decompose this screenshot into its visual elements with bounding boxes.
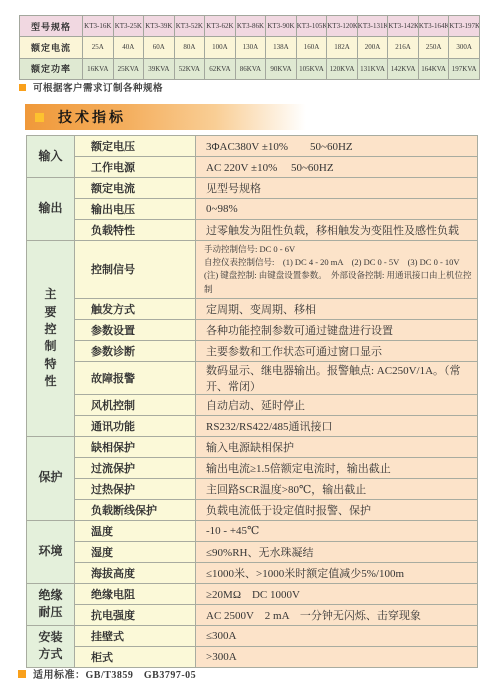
spec-value-cell: 定周期、变周期、移相 [196,298,478,319]
model-value-cell: 300A [449,37,480,58]
custom-order-note-text: 可根据客户需求订制各种规格 [33,80,163,94]
spec-value-cell: 0~98% [196,199,478,220]
model-value-cell: 90KVA [266,58,297,79]
model-value-cell: 80A [174,37,205,58]
spec-param-cell: 参数设置 [75,319,196,340]
model-table-row: 额定功率16KVA25KVA39KVA52KVA62KVA86KVA90KVA1… [20,58,480,79]
spec-param-cell: 通讯功能 [75,415,196,436]
spec-table-row: 抗电强度AC 2500V 2 mA 一分钟无闪烁、击穿现象 [27,604,478,625]
model-row-label-cell: 额定电流 [20,37,83,58]
model-value-cell: KT3-120K [327,16,358,37]
model-value-cell: 25A [83,37,114,58]
spec-param-cell: 参数诊断 [75,340,196,361]
spec-value-cell: 负载电流低于设定值时报警、保护 [196,499,478,520]
model-value-cell: KT3-39K [144,16,175,37]
spec-table-row: 保护缺相保护输入电源缺相保护 [27,436,478,457]
model-value-cell: 164KVA [418,58,449,79]
spec-param-cell: 缺相保护 [75,436,196,457]
square-bullet-icon [18,670,26,678]
spec-value-cell: 数码显示、继电器输出。报警触点: AC250V/1A。（常开、常闭） [196,361,478,394]
spec-table-row: 输出电压0~98% [27,199,478,220]
model-value-cell: 100A [205,37,236,58]
spec-table-row: 过流保护输出电流≥1.5倍额定电流时，输出截止 [27,457,478,478]
spec-param-cell: 控制信号 [75,241,196,299]
model-value-cell: 120KVA [327,58,358,79]
spec-table-row: 负载特性过零触发为阻性负载，移相触发为变阻性及感性负载 [27,220,478,241]
model-value-cell: 250A [418,37,449,58]
model-value-cell: 142KVA [388,58,419,79]
model-value-cell: 138A [266,37,297,58]
spec-group-cell: 绝缘 耐压 [27,583,75,625]
spec-table-row: 参数设置各种功能控制参数可通过键盘进行设置 [27,319,478,340]
spec-group-cell: 保护 [27,436,75,520]
square-bullet-icon [35,113,44,122]
custom-order-note: 可根据客户需求订制各种规格 [19,80,163,94]
spec-table-row: 环境温度-10 - +45℃ [27,520,478,541]
spec-table-row: 故障报警数码显示、继电器输出。报警触点: AC250V/1A。（常开、常闭） [27,361,478,394]
spec-group-cell: 环境 [27,520,75,583]
model-value-cell: 130A [235,37,266,58]
spec-param-cell: 负载断线保护 [75,499,196,520]
model-value-cell: KT3-164K [418,16,449,37]
model-value-cell: 60A [144,37,175,58]
spec-value-cell: 手动控制信号: DC 0 - 6V 自控仪表控制信号: (1) DC 4 - 2… [196,241,478,299]
model-value-cell: 182A [327,37,358,58]
spec-param-cell: 额定电压 [75,136,196,157]
model-value-cell: KT3-197K [449,16,480,37]
spec-param-cell: 挂壁式 [75,625,196,646]
model-value-cell: 62KVA [205,58,236,79]
model-value-cell: 16KVA [83,58,114,79]
spec-param-cell: 触发方式 [75,298,196,319]
spec-value-cell: ≤1000米、>1000米时额定值减少5%/100m [196,562,478,583]
model-value-cell: KT3-90K [266,16,297,37]
spec-value-cell: 主要参数和工作状态可通过窗口显示 [196,340,478,361]
model-value-cell: KT3-52K [174,16,205,37]
spec-table-row: 湿度≤90%RH、无水珠凝结 [27,541,478,562]
spec-value-cell: 3ΦAC380V ±10% 50~60HZ [196,136,478,157]
spec-table-row: 主 要 控 制 特 性控制信号手动控制信号: DC 0 - 6V 自控仪表控制信… [27,241,478,299]
spec-param-cell: 负载特性 [75,220,196,241]
spec-param-cell: 温度 [75,520,196,541]
spec-table-row: 输出额定电流见型号规格 [27,178,478,199]
spec-table-row: 风机控制自动启动、延时停止 [27,394,478,415]
model-value-cell: 52KVA [174,58,205,79]
section-title: 技术指标 [58,107,126,127]
spec-table-row: 输入额定电压3ΦAC380V ±10% 50~60HZ [27,136,478,157]
spec-table-row: 触发方式定周期、变周期、移相 [27,298,478,319]
spec-table-row: 海拔高度≤1000米、>1000米时额定值减少5%/100m [27,562,478,583]
model-value-cell: KT3-131K [357,16,388,37]
model-value-cell: 216A [388,37,419,58]
spec-group-cell: 安装 方式 [27,625,75,667]
standards-note: 适用标准：GB/T3859 GB3797-05 [18,666,196,681]
spec-param-cell: 湿度 [75,541,196,562]
spec-param-cell: 额定电流 [75,178,196,199]
spec-param-cell: 海拔高度 [75,562,196,583]
spec-group-cell: 输入 [27,136,75,178]
standards-note-text: 适用标准：GB/T3859 GB3797-05 [33,666,196,681]
section-header-banner: 技术指标 [25,104,478,130]
spec-value-cell: 过零触发为阻性负载，移相触发为变阻性及感性负载 [196,220,478,241]
model-value-cell: KT3-86K [235,16,266,37]
spec-table-row: 绝缘 耐压绝缘电阻≥20MΩ DC 1000V [27,583,478,604]
model-value-cell: KT3-25K [113,16,144,37]
model-value-cell: 200A [357,37,388,58]
spec-value-cell: 各种功能控制参数可通过键盘进行设置 [196,319,478,340]
square-bullet-icon [19,84,26,91]
spec-value-cell: 输出电流≥1.5倍额定电流时，输出截止 [196,457,478,478]
model-row-label-cell: 型号规格 [20,16,83,37]
spec-param-cell: 绝缘电阻 [75,583,196,604]
spec-value-cell: RS232/RS422/485通讯接口 [196,415,478,436]
spec-value-cell: 输入电源缺相保护 [196,436,478,457]
spec-param-cell: 柜式 [75,646,196,667]
spec-param-cell: 过热保护 [75,478,196,499]
spec-value-cell: 主回路SCR温度>80℃，输出截止 [196,478,478,499]
model-value-cell: 160A [296,37,327,58]
spec-table-row: 安装 方式挂壁式≤300A [27,625,478,646]
model-value-cell: 39KVA [144,58,175,79]
spec-table-row: 工作电源AC 220V ±10% 50~60HZ [27,157,478,178]
model-value-cell: 105KVA [296,58,327,79]
model-value-cell: 86KVA [235,58,266,79]
spec-table-row: 柜式>300A [27,646,478,667]
spec-param-cell: 抗电强度 [75,604,196,625]
spec-value-cell: AC 2500V 2 mA 一分钟无闪烁、击穿现象 [196,604,478,625]
tech-spec-table: 输入额定电压3ΦAC380V ±10% 50~60HZ工作电源AC 220V ±… [26,135,478,668]
spec-param-cell: 工作电源 [75,157,196,178]
model-value-cell: 25KVA [113,58,144,79]
spec-table-row: 通讯功能RS232/RS422/485通讯接口 [27,415,478,436]
spec-table-row: 负载断线保护负载电流低于设定值时报警、保护 [27,499,478,520]
model-value-cell: KT3-142K [388,16,419,37]
spec-value-cell: 自动启动、延时停止 [196,394,478,415]
spec-group-cell: 输出 [27,178,75,241]
spec-param-cell: 输出电压 [75,199,196,220]
spec-group-cell: 主 要 控 制 特 性 [27,241,75,437]
spec-value-cell: AC 220V ±10% 50~60HZ [196,157,478,178]
model-value-cell: 197KVA [449,58,480,79]
model-value-cell: KT3-16K [83,16,114,37]
spec-value-cell: >300A [196,646,478,667]
spec-param-cell: 故障报警 [75,361,196,394]
datasheet-page: 型号规格KT3-16KKT3-25KKT3-39KKT3-52KKT3-62KK… [0,0,500,690]
spec-param-cell: 过流保护 [75,457,196,478]
model-value-cell: 40A [113,37,144,58]
model-spec-table: 型号规格KT3-16KKT3-25KKT3-39KKT3-52KKT3-62KK… [19,15,480,80]
spec-value-cell: ≥20MΩ DC 1000V [196,583,478,604]
model-value-cell: KT3-62K [205,16,236,37]
spec-table-row: 过热保护主回路SCR温度>80℃，输出截止 [27,478,478,499]
spec-table-row: 参数诊断主要参数和工作状态可通过窗口显示 [27,340,478,361]
spec-value-cell: ≤300A [196,625,478,646]
model-value-cell: 131KVA [357,58,388,79]
spec-value-cell: 见型号规格 [196,178,478,199]
model-table-row: 额定电流25A40A60A80A100A130A138A160A182A200A… [20,37,480,58]
spec-value-cell: -10 - +45℃ [196,520,478,541]
model-table-row: 型号规格KT3-16KKT3-25KKT3-39KKT3-52KKT3-62KK… [20,16,480,37]
model-value-cell: KT3-105K [296,16,327,37]
spec-value-cell: ≤90%RH、无水珠凝结 [196,541,478,562]
model-row-label-cell: 额定功率 [20,58,83,79]
spec-param-cell: 风机控制 [75,394,196,415]
